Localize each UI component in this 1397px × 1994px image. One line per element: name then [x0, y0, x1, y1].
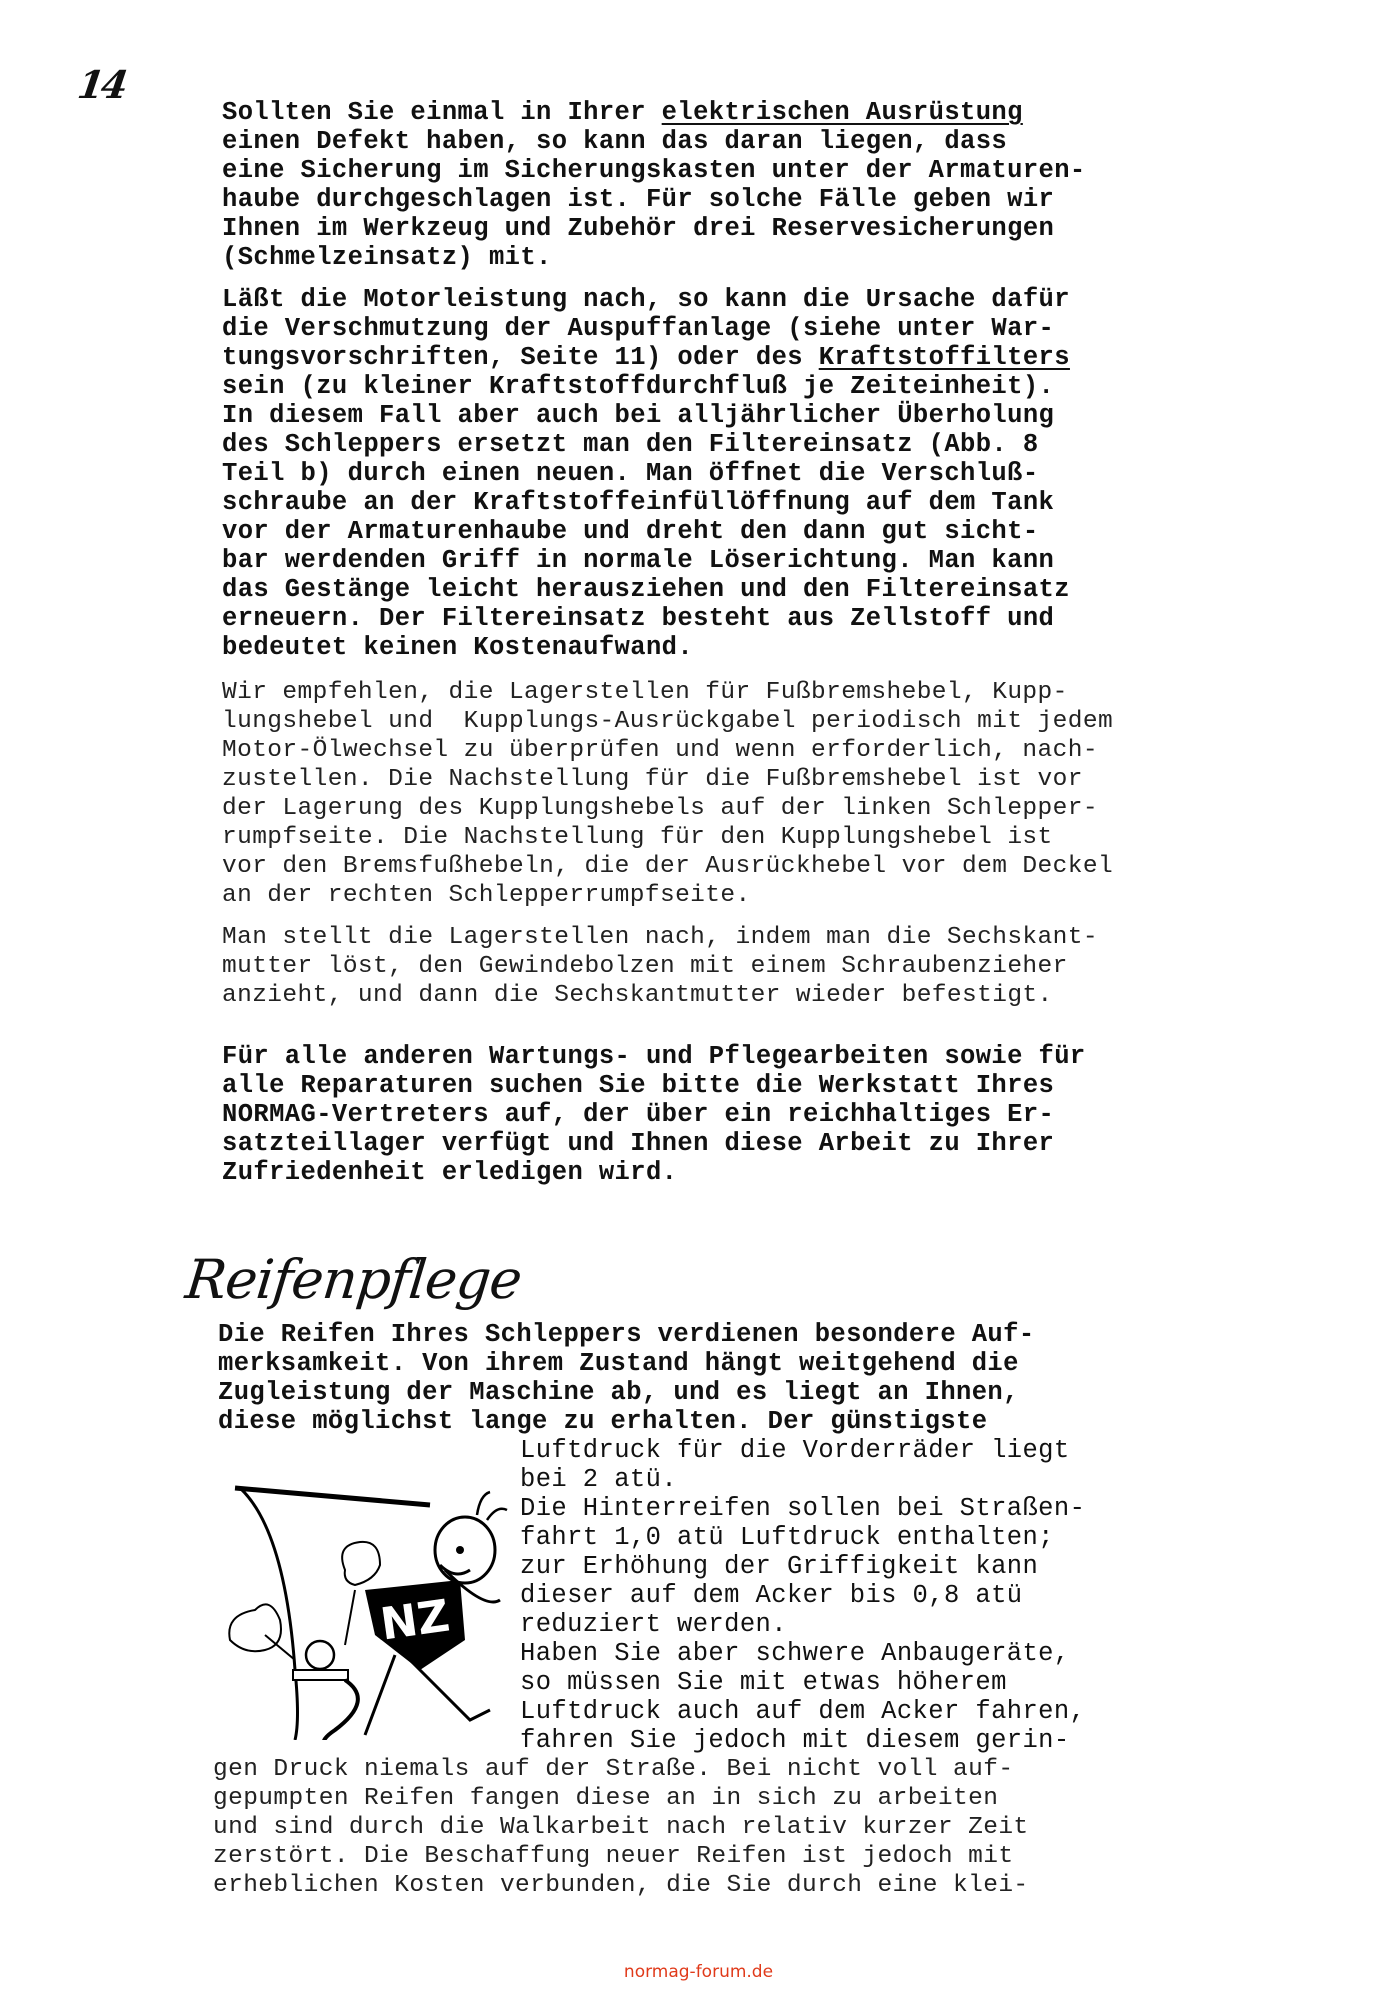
paragraph-electrical: Sollten Sie einmal in Ihrer elektrischen… [222, 98, 1086, 272]
paragraph-line: lungshebel und Kupplungs-Ausrückgabel pe… [222, 707, 1113, 736]
tires-after-line: und sind durch die Walkarbeit nach relat… [213, 1813, 1029, 1842]
paragraph-line: die Verschmutzung der Auspuffanlage (sie… [222, 314, 1070, 343]
underlined-term: elektrischen Ausrüstung [662, 98, 1023, 127]
paragraph-line: mutter löst, den Gewindebolzen mit einem… [222, 952, 1098, 981]
paragraph-bearing-points: Wir empfehlen, die Lagerstellen für Fußb… [222, 678, 1113, 910]
paragraph-line: schraube an der Kraftstoffeinfüllöffnung… [222, 488, 1070, 517]
paragraph-line: NORMAG-Vertreters auf, der über ein reic… [222, 1100, 1086, 1129]
section-heading: Reifenpflege [183, 1248, 525, 1311]
svg-text:NZ: NZ [377, 1590, 452, 1650]
tires-pressure-line: zur Erhöhung der Griffigkeit kann [520, 1552, 1085, 1581]
tires-after-line: erheblichen Kosten verbunden, die Sie du… [213, 1871, 1029, 1900]
tires-after-text: gen Druck niemals auf der Straße. Bei ni… [213, 1755, 1029, 1900]
tires-pressure-line: fahrt 1,0 atü Luftdruck enthalten; [520, 1523, 1085, 1552]
paragraph-line: In diesem Fall aber auch bei alljährlich… [222, 401, 1070, 430]
paragraph-line: Teil b) durch einen neuen. Man öffnet di… [222, 459, 1070, 488]
paragraph-line: zustellen. Die Nachstellung für die Fußb… [222, 765, 1113, 794]
paragraph-line: anzieht, und dann die Sechskantmutter wi… [222, 981, 1098, 1010]
paragraph-line: Motor-Ölwechsel zu überprüfen und wenn e… [222, 736, 1113, 765]
tires-pressure-line: Luftdruck auch auf dem Acker fahren, [520, 1697, 1085, 1726]
mascot-illustration: NZ [215, 1470, 515, 1740]
page-number: 14 [75, 62, 128, 107]
paragraph-line: Für alle anderen Wartungs- und Pflegearb… [222, 1042, 1086, 1071]
paragraph-line: bar werdenden Griff in normale Lösericht… [222, 546, 1070, 575]
paragraph-line: an der rechten Schlepperrumpfseite. [222, 881, 1113, 910]
tires-intro-line: merksamkeit. Von ihrem Zustand hängt wei… [218, 1349, 1035, 1378]
tires-pressure-line: fahren Sie jedoch mit diesem gerin- [520, 1726, 1085, 1755]
paragraph-line: der Lagerung des Kupplungshebels auf der… [222, 794, 1113, 823]
paragraph-line: Läßt die Motorleistung nach, so kann die… [222, 285, 1070, 314]
tires-pressure-line: bei 2 atü. [520, 1465, 1085, 1494]
paragraph-line: des Schleppers ersetzt man den Filterein… [222, 430, 1070, 459]
paragraph-line: einen Defekt haben, so kann das daran li… [222, 127, 1086, 156]
paragraph-line: Sollten Sie einmal in Ihrer elektrischen… [222, 98, 1086, 127]
paragraph-line: Wir empfehlen, die Lagerstellen für Fußb… [222, 678, 1113, 707]
tires-pressure-line: reduziert werden. [520, 1610, 1085, 1639]
tires-pressure-line: so müssen Sie mit etwas höherem [520, 1668, 1085, 1697]
paragraph-adjust-bearings: Man stellt die Lagerstellen nach, indem … [222, 923, 1098, 1010]
paragraph-engine-power: Läßt die Motorleistung nach, so kann die… [222, 285, 1070, 662]
paragraph-line: Man stellt die Lagerstellen nach, indem … [222, 923, 1098, 952]
paragraph-line: satzteillager verfügt und Ihnen diese Ar… [222, 1129, 1086, 1158]
paragraph-line: Zufriedenheit erledigen wird. [222, 1158, 1086, 1187]
paragraph-line: bedeutet keinen Kostenaufwand. [222, 633, 1070, 662]
tires-after-line: gepumpten Reifen fangen diese an in sich… [213, 1784, 1029, 1813]
tires-intro-line: diese möglichst lange zu erhalten. Der g… [218, 1407, 1035, 1436]
tires-pressure-line: dieser auf dem Acker bis 0,8 atü [520, 1581, 1085, 1610]
paragraph-line: das Gestänge leicht herausziehen und den… [222, 575, 1070, 604]
footer-watermark: normag-forum.de [0, 1962, 1397, 1982]
tires-pressure-line: Haben Sie aber schwere Anbaugeräte, [520, 1639, 1085, 1668]
tires-after-line: zerstört. Die Beschaffung neuer Reifen i… [213, 1842, 1029, 1871]
paragraph-line: rumpfseite. Die Nachstellung für den Kup… [222, 823, 1113, 852]
tires-pressure-text: Luftdruck für die Vorderräder liegtbei 2… [520, 1436, 1085, 1755]
paragraph-line: Ihnen im Werkzeug und Zubehör drei Reser… [222, 214, 1086, 243]
tires-intro-line: Die Reifen Ihres Schleppers verdienen be… [218, 1320, 1035, 1349]
tires-intro-line: Zugleistung der Maschine ab, und es lieg… [218, 1378, 1035, 1407]
paragraph-line: vor den Bremsfußhebeln, die der Ausrückh… [222, 852, 1113, 881]
underlined-term: Kraftstoffilters [819, 343, 1070, 372]
paragraph-line: eine Sicherung im Sicherungskasten unter… [222, 156, 1086, 185]
tires-pressure-line: Luftdruck für die Vorderräder liegt [520, 1436, 1085, 1465]
tires-intro: Die Reifen Ihres Schleppers verdienen be… [218, 1320, 1035, 1436]
tires-pressure-line: Die Hinterreifen sollen bei Straßen- [520, 1494, 1085, 1523]
paragraph-line: tungsvorschriften, Seite 11) oder des Kr… [222, 343, 1070, 372]
tires-after-line: gen Druck niemals auf der Straße. Bei ni… [213, 1755, 1029, 1784]
paragraph-line: haube durchgeschlagen ist. Für solche Fä… [222, 185, 1086, 214]
paragraph-line: (Schmelzeinsatz) mit. [222, 243, 1086, 272]
paragraph-line: sein (zu kleiner Kraftstoffdurchfluß je … [222, 372, 1070, 401]
paragraph-line: vor der Armaturenhaube und dreht den dan… [222, 517, 1070, 546]
paragraph-line: erneuern. Der Filtereinsatz besteht aus … [222, 604, 1070, 633]
paragraph-other-maintenance: Für alle anderen Wartungs- und Pflegearb… [222, 1042, 1086, 1187]
paragraph-line: alle Reparaturen suchen Sie bitte die We… [222, 1071, 1086, 1100]
